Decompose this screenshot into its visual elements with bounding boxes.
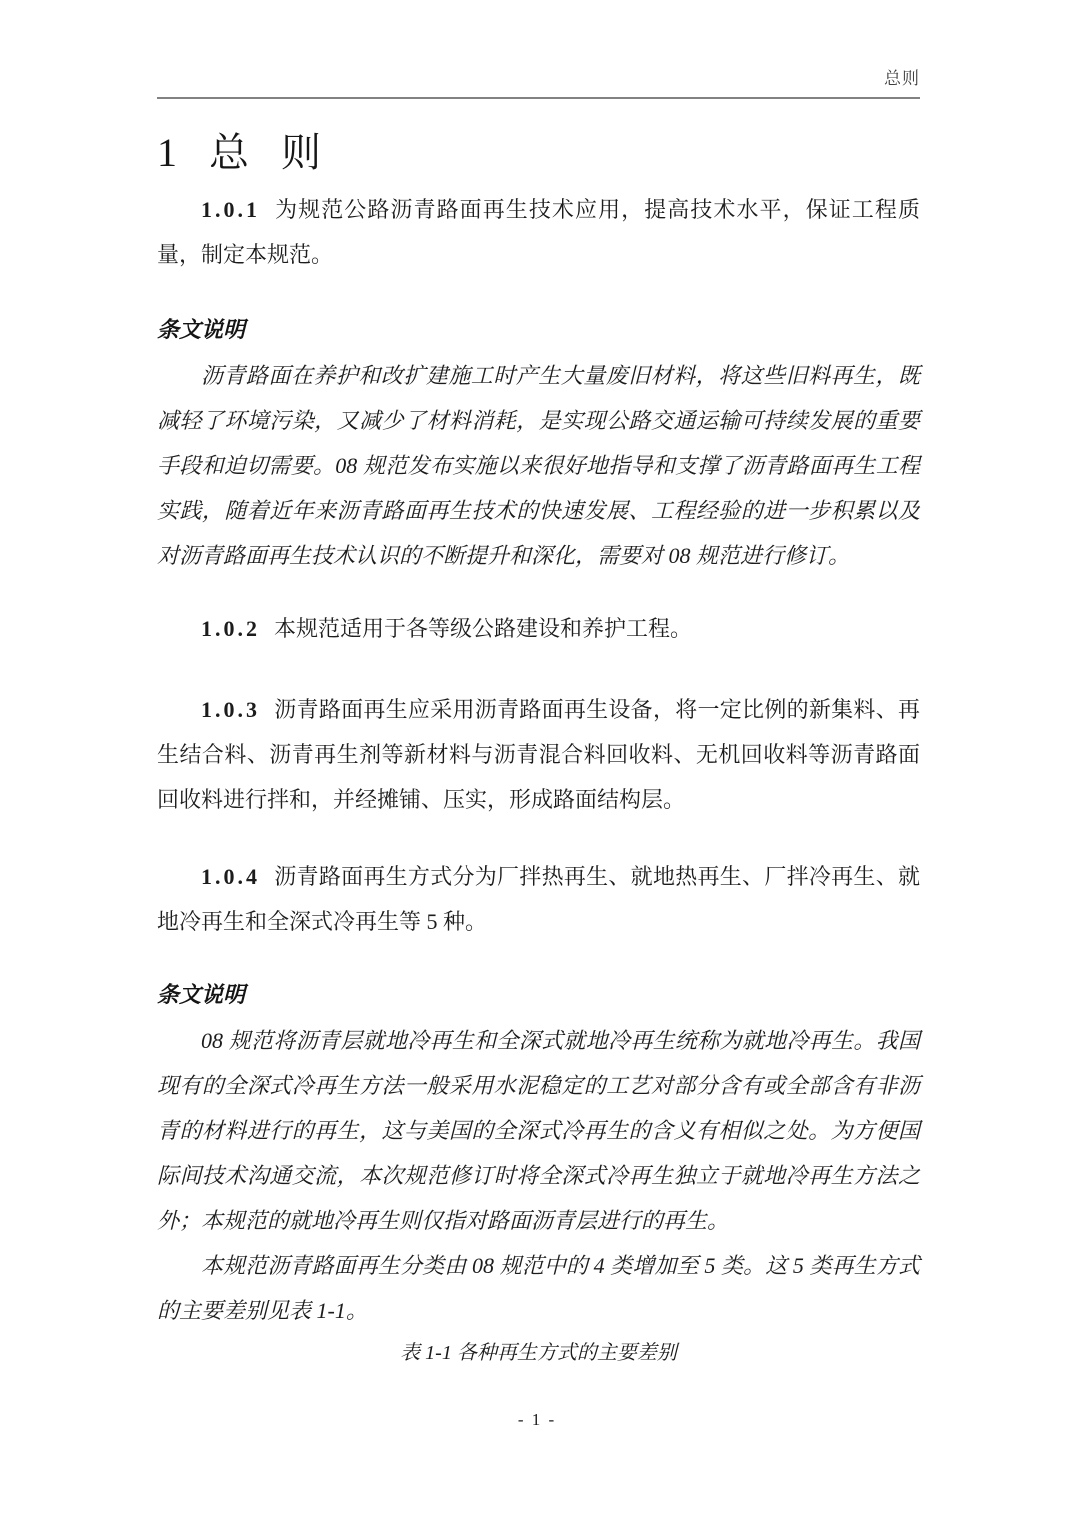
table-caption: 表 1-1 各种再生方式的主要差别 <box>157 1339 920 1367</box>
clause-text: 沥青路面再生应采用沥青路面再生设备，将一定比例的新集料、再生结合料、沥青再生剂等… <box>157 697 920 812</box>
page-header: 总则 <box>157 68 920 99</box>
header-rule <box>157 97 920 99</box>
chapter-title: 1 总 则 <box>157 127 920 179</box>
clause-number: 1.0.1 <box>201 197 260 222</box>
clause-number: 1.0.4 <box>201 864 260 889</box>
document-page: 总则 1 总 则 1.0.1为规范公路沥青路面再生技术应用，提高技术水平，保证工… <box>0 0 1074 1520</box>
clause-text: 沥青路面再生方式分为厂拌热再生、就地热再生、厂拌冷再生、就地冷再生和全深式冷再生… <box>157 864 920 934</box>
clause-text: 本规范适用于各等级公路建设和养护工程。 <box>274 616 692 641</box>
clause-number: 1.0.2 <box>201 616 260 641</box>
commentary-label-2: 条文说明 <box>157 980 920 1010</box>
commentary-paragraph-1: 沥青路面在养护和改扩建施工时产生大量废旧材料，将这些旧料再生，既减轻了环境污染，… <box>157 353 920 578</box>
clause-text: 为规范公路沥青路面再生技术应用，提高技术水平，保证工程质量，制定本规范。 <box>157 197 920 267</box>
clause-number: 1.0.3 <box>201 697 260 722</box>
commentary-paragraph-2: 08 规范将沥青层就地冷再生和全深式就地冷再生统称为就地冷再生。我国现有的全深式… <box>157 1018 920 1243</box>
commentary-paragraph-3: 本规范沥青路面再生分类由 08 规范中的 4 类增加至 5 类。这 5 类再生方… <box>157 1243 920 1333</box>
clause-1-0-1: 1.0.1为规范公路沥青路面再生技术应用，提高技术水平，保证工程质量，制定本规范… <box>157 187 920 277</box>
page-footer: - 1 - <box>0 1410 1074 1430</box>
clause-1-0-2: 1.0.2本规范适用于各等级公路建设和养护工程。 <box>157 606 920 651</box>
clause-1-0-4: 1.0.4沥青路面再生方式分为厂拌热再生、就地热再生、厂拌冷再生、就地冷再生和全… <box>157 854 920 944</box>
clause-1-0-3: 1.0.3沥青路面再生应采用沥青路面再生设备，将一定比例的新集料、再生结合料、沥… <box>157 687 920 822</box>
page-body: 1 总 则 1.0.1为规范公路沥青路面再生技术应用，提高技术水平，保证工程质量… <box>157 127 920 1367</box>
page-number: - 1 - <box>518 1410 556 1429</box>
commentary-label-1: 条文说明 <box>157 315 920 345</box>
running-head: 总则 <box>157 68 920 90</box>
